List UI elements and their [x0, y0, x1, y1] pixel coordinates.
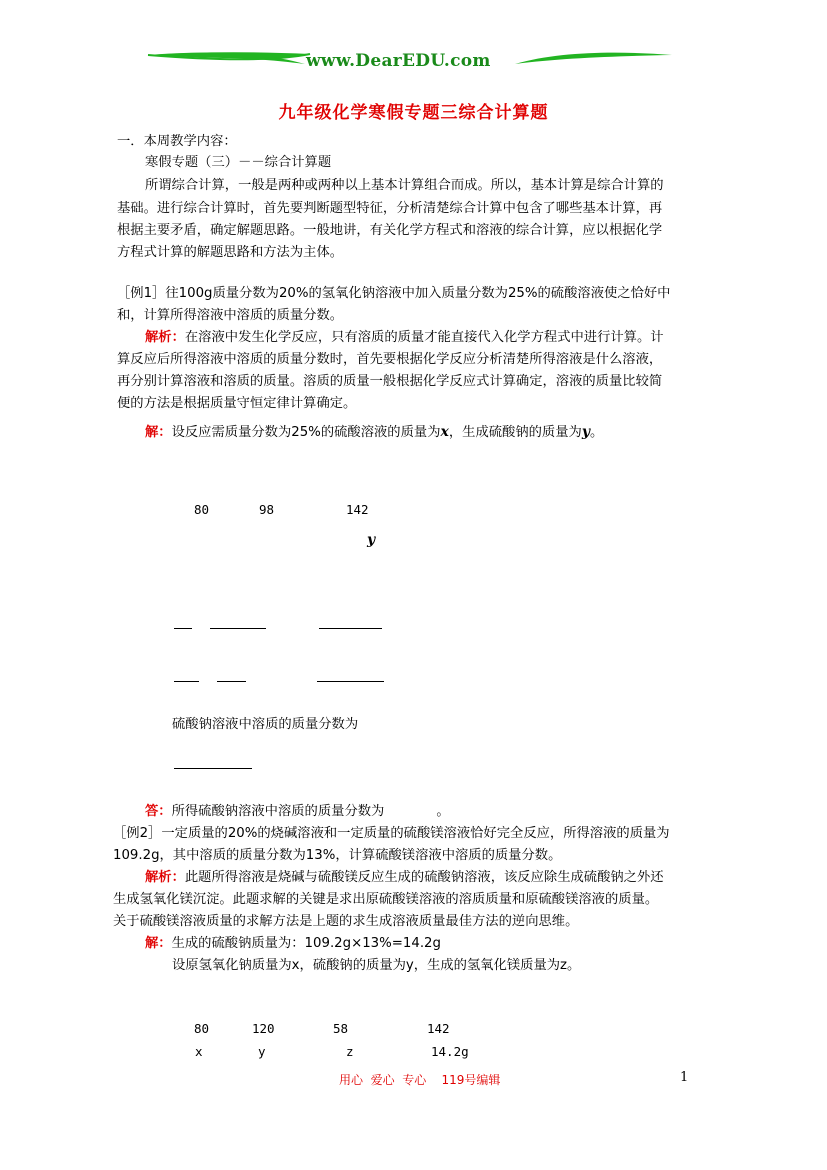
example1-question: 和，计算所得溶液中溶质的质量分数。 [117, 305, 343, 326]
variable-y: y [582, 424, 590, 440]
fraction-line [174, 681, 199, 682]
molar-mass: 80 [194, 502, 209, 517]
equation-variable: z [346, 1044, 354, 1059]
molar-mass: 80 [194, 1021, 209, 1036]
section-heading: 一．本周教学内容： [117, 131, 237, 152]
molar-mass: 142 [427, 1021, 450, 1036]
site-banner: www.DearEDU.com [306, 51, 491, 71]
example2-question: 109.2g，其中溶质的质量分数为13%，计算硫酸镁溶液中溶质的质量分数。 [113, 845, 561, 866]
example2-analysis-line: 生成氢氧化镁沉淀。此题求解的关键是求出原硫酸镁溶液的溶质质量和原硫酸镁溶液的质量… [113, 889, 658, 910]
example1-analysis-line: 便的方法是根据质量守恒定律计算确定。 [117, 393, 356, 414]
intro-line: 根据主要矛盾，确定解题思路。一般地讲，有关化学方程式和溶液的综合计算，应以根据化… [117, 220, 662, 241]
page-title: 九年级化学寒假专题三综合计算题 [0, 98, 827, 123]
page-number: 1 [680, 1070, 688, 1085]
equation-variable: 14.2g [431, 1044, 469, 1059]
example1-analysis-line: 算反应后所得溶液中溶质的质量分数时，首先要根据化学反应分析清楚所得溶液是什么溶液… [117, 349, 662, 370]
fraction-label: 硫酸钠溶液中溶质的质量分数为 [172, 714, 358, 735]
molar-mass: 120 [252, 1021, 275, 1036]
analysis-label: 解析： [145, 870, 185, 885]
molar-mass: 98 [259, 502, 274, 517]
example2-question: ［例2］一定质量的20%的烧碱溶液和一定质量的硫酸镁溶液恰好完全反应，所得溶液的… [113, 823, 670, 844]
example2-solution: 解：生成的硫酸钠质量为：109.2g×13%=14.2g [145, 933, 441, 954]
fraction-line [319, 628, 382, 629]
example1-solution: 解：设反应需质量分数为25%的硫酸溶液的质量为x，生成硫酸钠的质量为y。 [145, 422, 603, 443]
example2-analysis-line: 解析：此题所得溶液是烧碱与硫酸镁反应生成的硫酸钠溶液，该反应除生成硫酸钠之外还 [145, 867, 664, 888]
intro-line: 所谓综合计算，一般是两种或两种以上基本计算组合而成。所以，基本计算是综合计算的 [145, 175, 664, 196]
example2-analysis-line: 关于硫酸镁溶液质量的求解方法是上题的求生成溶液质量最佳方法的逆向思维。 [113, 911, 578, 932]
intro-line: 方程式计算的解题思路和方法为主体。 [117, 242, 343, 263]
equation-variable: y [258, 1044, 266, 1059]
molar-mass: 58 [333, 1021, 348, 1036]
example1-question: ［例1］往100g质量分数为20%的氢氧化钠溶液中加入质量分数为25%的硫酸溶液… [117, 283, 670, 304]
molar-mass: 142 [346, 502, 369, 517]
solution-label: 解： [145, 936, 172, 951]
fraction-line [317, 681, 384, 682]
equation-variable: y [367, 532, 375, 548]
equation-variable: x [195, 1044, 203, 1059]
section-subheading: 寒假专题（三）－－综合计算题 [145, 152, 331, 173]
example1-analysis-line: 再分别计算溶液和溶质的质量。溶质的质量一般根据化学反应式计算确定，溶液的质量比较… [117, 371, 662, 392]
fraction-line [210, 628, 266, 629]
fraction-line [174, 768, 252, 769]
analysis-label: 解析： [145, 330, 185, 345]
fraction-line [217, 681, 246, 682]
example2-solution-line: 设原氢氧化钠质量为x，硫酸钠的质量为y，生成的氢氧化镁质量为z。 [172, 955, 580, 976]
example1-analysis-line: 解析：在溶液中发生化学反应，只有溶质的质量才能直接代入化学方程式中进行计算。计 [145, 327, 664, 348]
footer-motto: 用心 爱心 专心 119号编辑 [339, 1071, 500, 1088]
example1-answer: 答：所得硫酸钠溶液中溶质的质量分数为。 [145, 801, 450, 822]
solution-label: 解： [145, 425, 172, 440]
fraction-line [174, 628, 192, 629]
answer-label: 答： [145, 804, 172, 819]
variable-x: x [441, 424, 449, 440]
intro-line: 基础。进行综合计算时，首先要判断题型特征，分析清楚综合计算中包含了哪些基本计算，… [117, 198, 662, 219]
